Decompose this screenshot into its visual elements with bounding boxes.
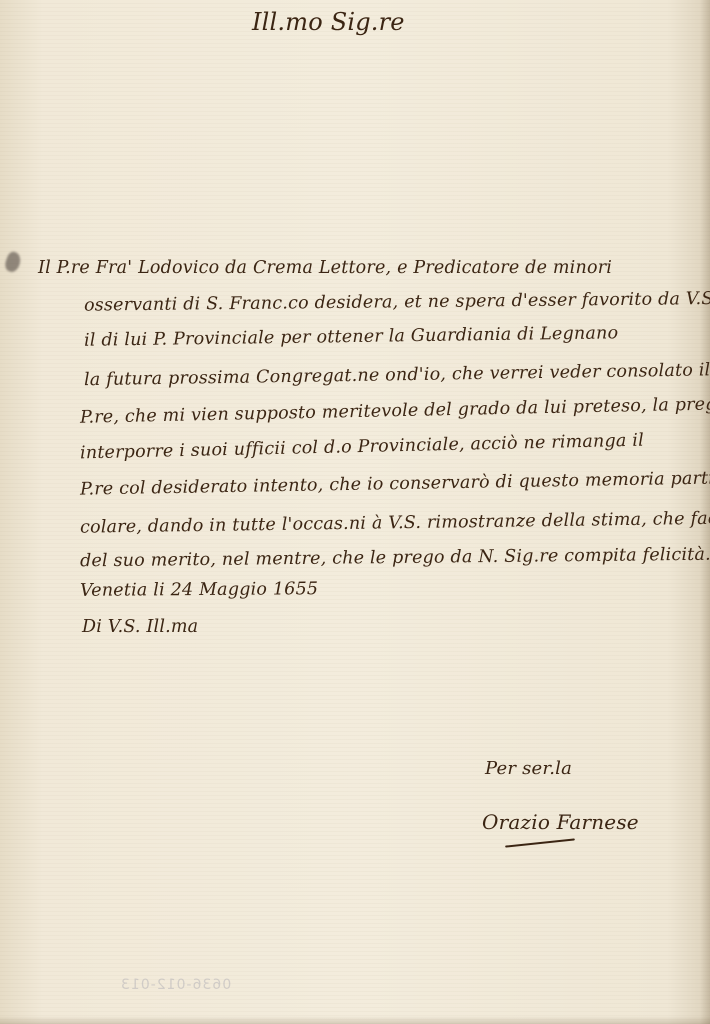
signature-flourish	[505, 838, 575, 847]
salutation: Ill.mo Sig.re	[252, 8, 405, 36]
date-line: Venetia li 24 Maggio 1655	[80, 579, 318, 601]
signature: Orazio Farnese	[482, 810, 639, 834]
body-line-6: interporre i suoi ufficii col d.o Provin…	[80, 431, 644, 464]
letter-page: Ill.mo Sig.re Il P.re Fra' Lodovico da C…	[0, 0, 710, 1024]
body-line-4-text: la futura prossima Congregat.ne ond'io, …	[84, 360, 710, 390]
body-line-4: la futura prossima Congregat.ne ond'io, …	[84, 360, 710, 390]
body-line-3: il di lui P. Provinciale per ottener la …	[84, 323, 619, 350]
body-line-7: P.re col desiderato intento, che io cons…	[80, 468, 710, 499]
body-line-9: del suo merito, nel mentre, che le prego…	[80, 545, 710, 572]
address-line: Di V.S. Ill.ma	[82, 617, 198, 637]
body-line-8: colare, dando in tutte l'occas.ni à V.S.…	[80, 508, 710, 537]
archive-stamp-bleedthrough: 0636-012-013	[120, 977, 231, 993]
page-bottom-shadow	[0, 1016, 710, 1024]
closing-line: Per ser.la	[485, 758, 572, 779]
ink-smudge	[3, 250, 23, 274]
body-line-2: osservanti di S. Franc.co desidera, et n…	[84, 288, 710, 315]
body-line-1: Il P.re Fra' Lodovico da Crema Lettore, …	[38, 258, 612, 278]
body-line-5: P.re, che mi vien supposto meritevole de…	[80, 394, 710, 428]
